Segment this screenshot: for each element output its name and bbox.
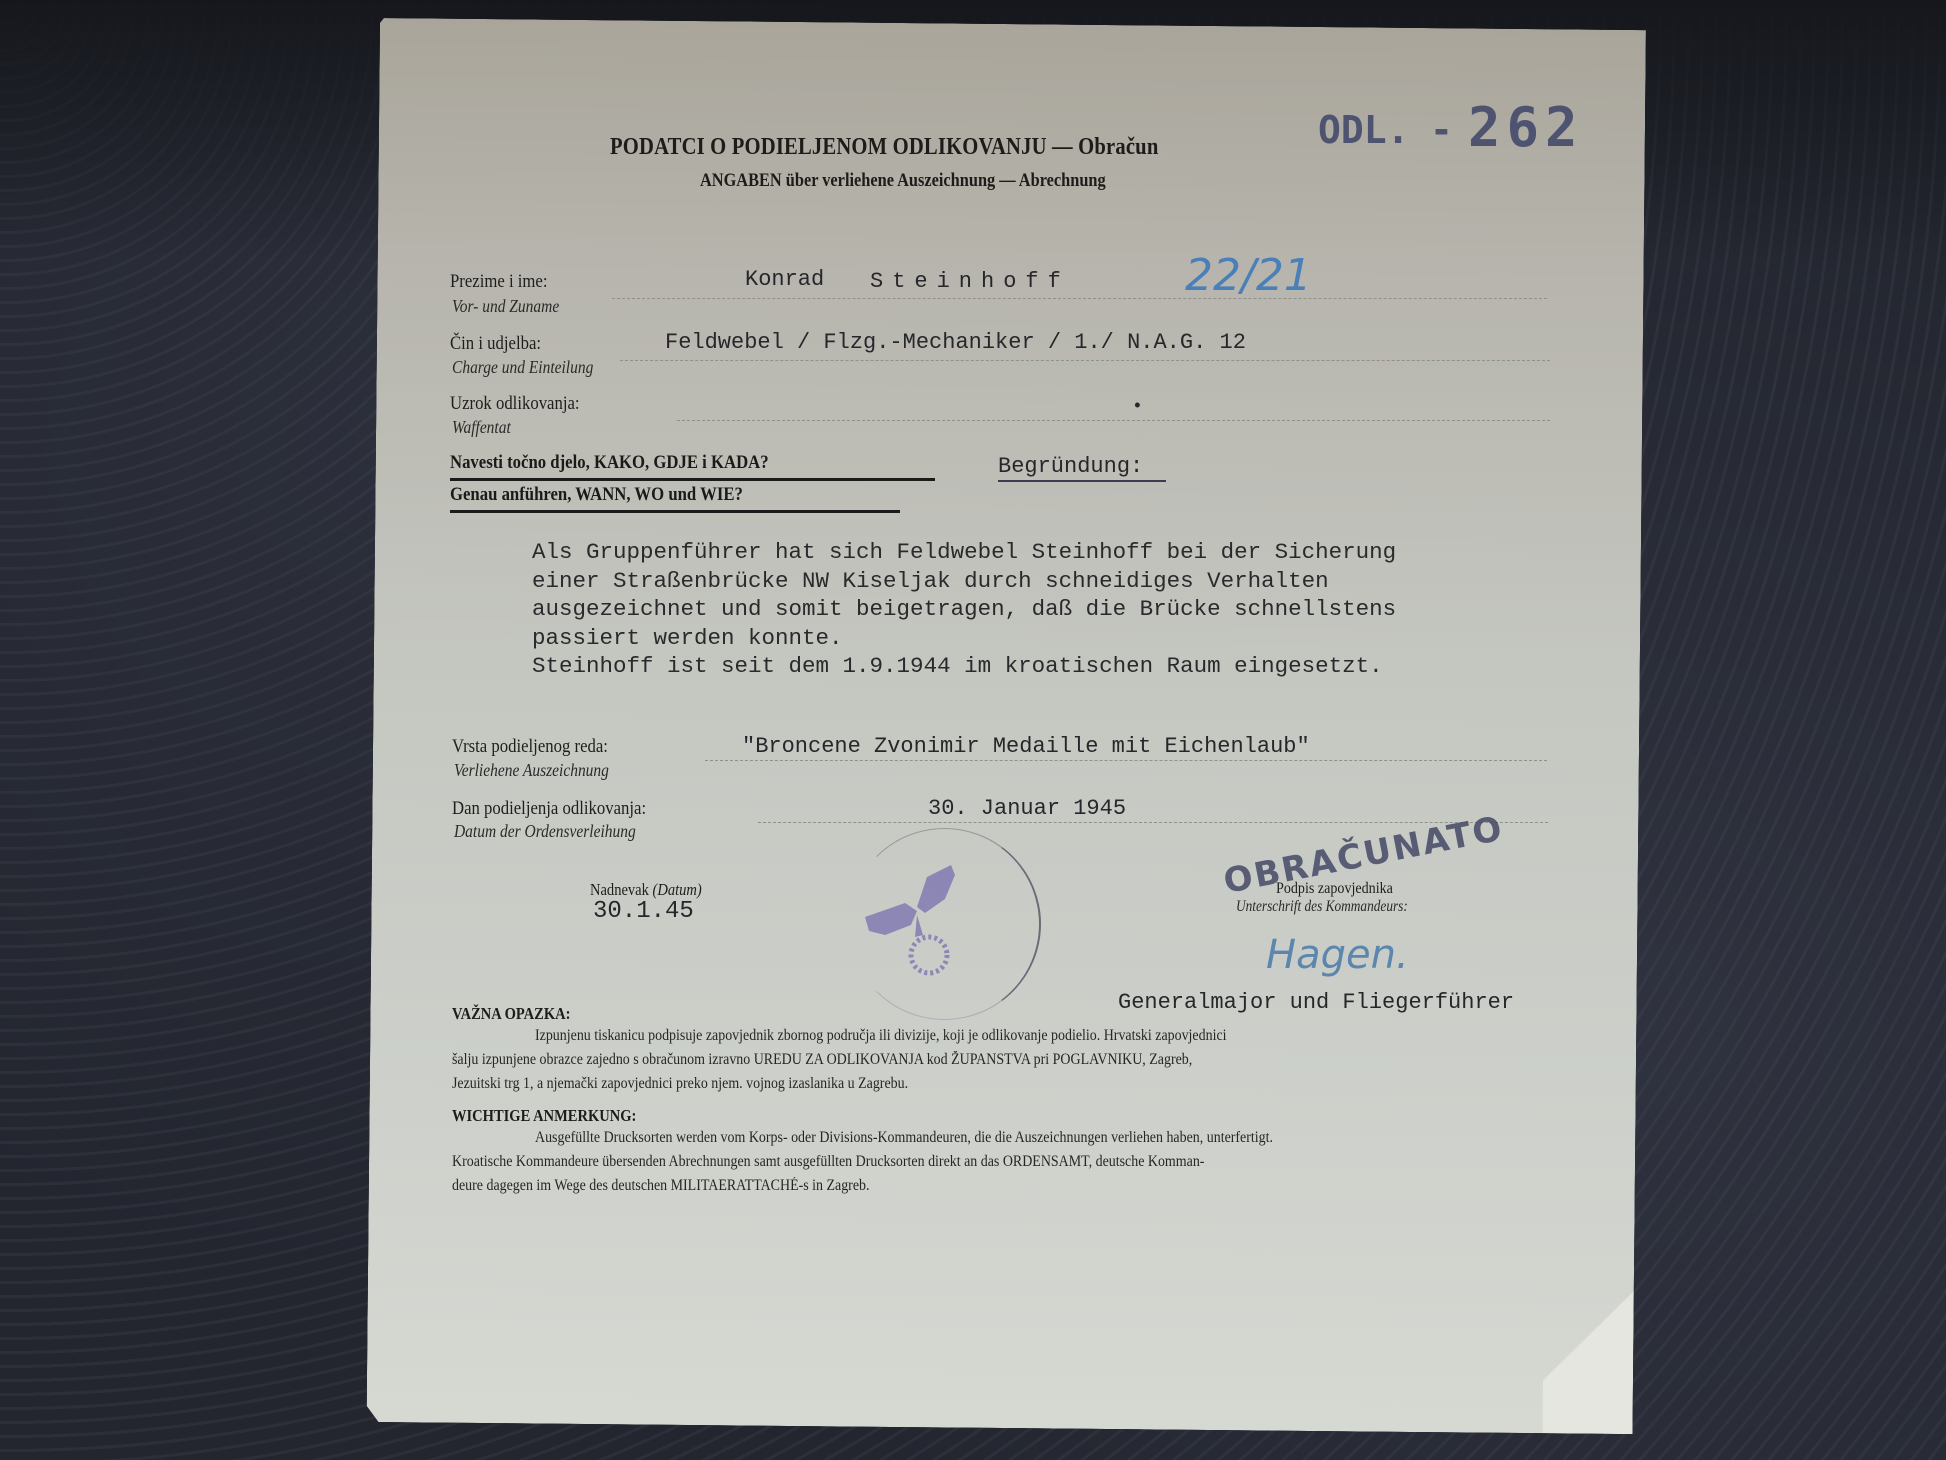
signature-label-hr: Podpis zapovjednika [1276,880,1393,898]
name-label-hr: Prezime i ime: [450,271,548,293]
signature-label-de: Unterschrift des Kommandeurs: [1236,898,1408,916]
notes-croatian-line: šalju izpunjene obrazce zajedno s obraču… [452,1051,1192,1069]
odl-stamp-number: 262 [1468,96,1584,159]
name-last-value: Steinhoff [870,269,1070,294]
notes-croatian-heading: VAŽNA OPAZKA: [452,1004,570,1024]
notes-german-heading: WICHTIGE ANMERKUNG: [452,1106,636,1126]
notes-croatian-line: Izpunjenu tiskanicu podpisuje zapovjedni… [535,1027,1227,1045]
notes-german-line: Kroatische Kommandeure übersenden Abrech… [452,1153,1204,1171]
form-title-german: ANGABEN über verliehene Auszeichnung — A… [700,170,1106,192]
award-date-label-de: Datum der Ordensverleihung [454,821,636,842]
date-value: 30.1.45 [593,898,694,925]
reason-dotted-line [677,420,1550,421]
award-label-de: Verliehene Auszeichnung [454,760,609,781]
rank-label-de: Charge und Einteilung [452,357,593,378]
instruction-german: Genau anführen, WANN, WO und WIE? [450,484,743,506]
award-date-label-hr: Dan podieljenja odlikovanja: [452,798,646,820]
justification-label: Begründung: [998,454,1143,479]
date-label: Nadnevak (Datum) [590,880,702,900]
award-date-value: 30. Januar 1945 [928,796,1126,821]
justification-line: Als Gruppenführer hat sich Feldwebel Ste… [532,538,1396,567]
reason-label-de: Waffentat [452,417,511,438]
reason-value: • [1132,397,1143,417]
justification-underline [998,480,1166,482]
notes-german-line: deure dagegen im Wege des deutschen MILI… [452,1177,869,1195]
form-title-croatian: PODATCI O PODIELJENOM ODLIKOVANJU — Obra… [610,134,1158,161]
justification-line: passiert werden konnte. [532,624,1396,653]
instruction-croatian-underline [450,478,935,481]
award-dotted-line [705,760,1547,761]
instruction-german-underline [450,510,900,513]
odl-stamp-dash: - [1430,108,1453,152]
notes-german-line: Ausgefüllte Drucksorten werden vom Korps… [535,1129,1273,1147]
name-dotted-line [612,298,1547,299]
signer-title: Generalmajor und Fliegerführer [1118,990,1514,1015]
date-label-hr: Nadnevak [590,880,649,899]
notes-croatian-line: Jezuitski trg 1, a njemački zapovjednici… [452,1075,908,1093]
justification-line: Steinhoff ist seit dem 1.9.1944 im kroat… [532,652,1396,681]
justification-line: einer Straßenbrücke NW Kiseljak durch sc… [532,567,1396,596]
folded-corner [1542,1283,1633,1434]
justification-line: ausgezeichnet und somit beigetragen, daß… [532,595,1396,624]
commander-signature: Hagen. [1266,932,1409,978]
rank-label-hr: Čin i udjelba: [450,333,541,355]
award-label-hr: Vrsta podieljenog reda: [452,736,608,758]
name-first-value: Konrad [745,267,824,292]
award-form-sheet [367,18,1646,1434]
rank-value: Feldwebel / Flzg.-Mechaniker / 1./ N.A.G… [665,330,1246,355]
justification-text: Als Gruppenführer hat sich Feldwebel Ste… [532,538,1396,681]
award-value: "Broncene Zvonimir Medaille mit Eichenla… [742,734,1310,759]
date-label-de: (Datum) [652,880,701,899]
handwritten-reference: 22/21 [1185,250,1312,301]
odl-stamp-prefix: ODL. [1318,108,1410,152]
eagle-seal-icon [855,855,995,985]
instruction-croatian: Navesti točno djelo, KAKO, GDJE i KADA? [450,452,769,474]
rank-dotted-line [620,360,1550,361]
name-label-de: Vor- und Zuname [452,296,559,317]
reason-label-hr: Uzrok odlikovanja: [450,393,580,415]
